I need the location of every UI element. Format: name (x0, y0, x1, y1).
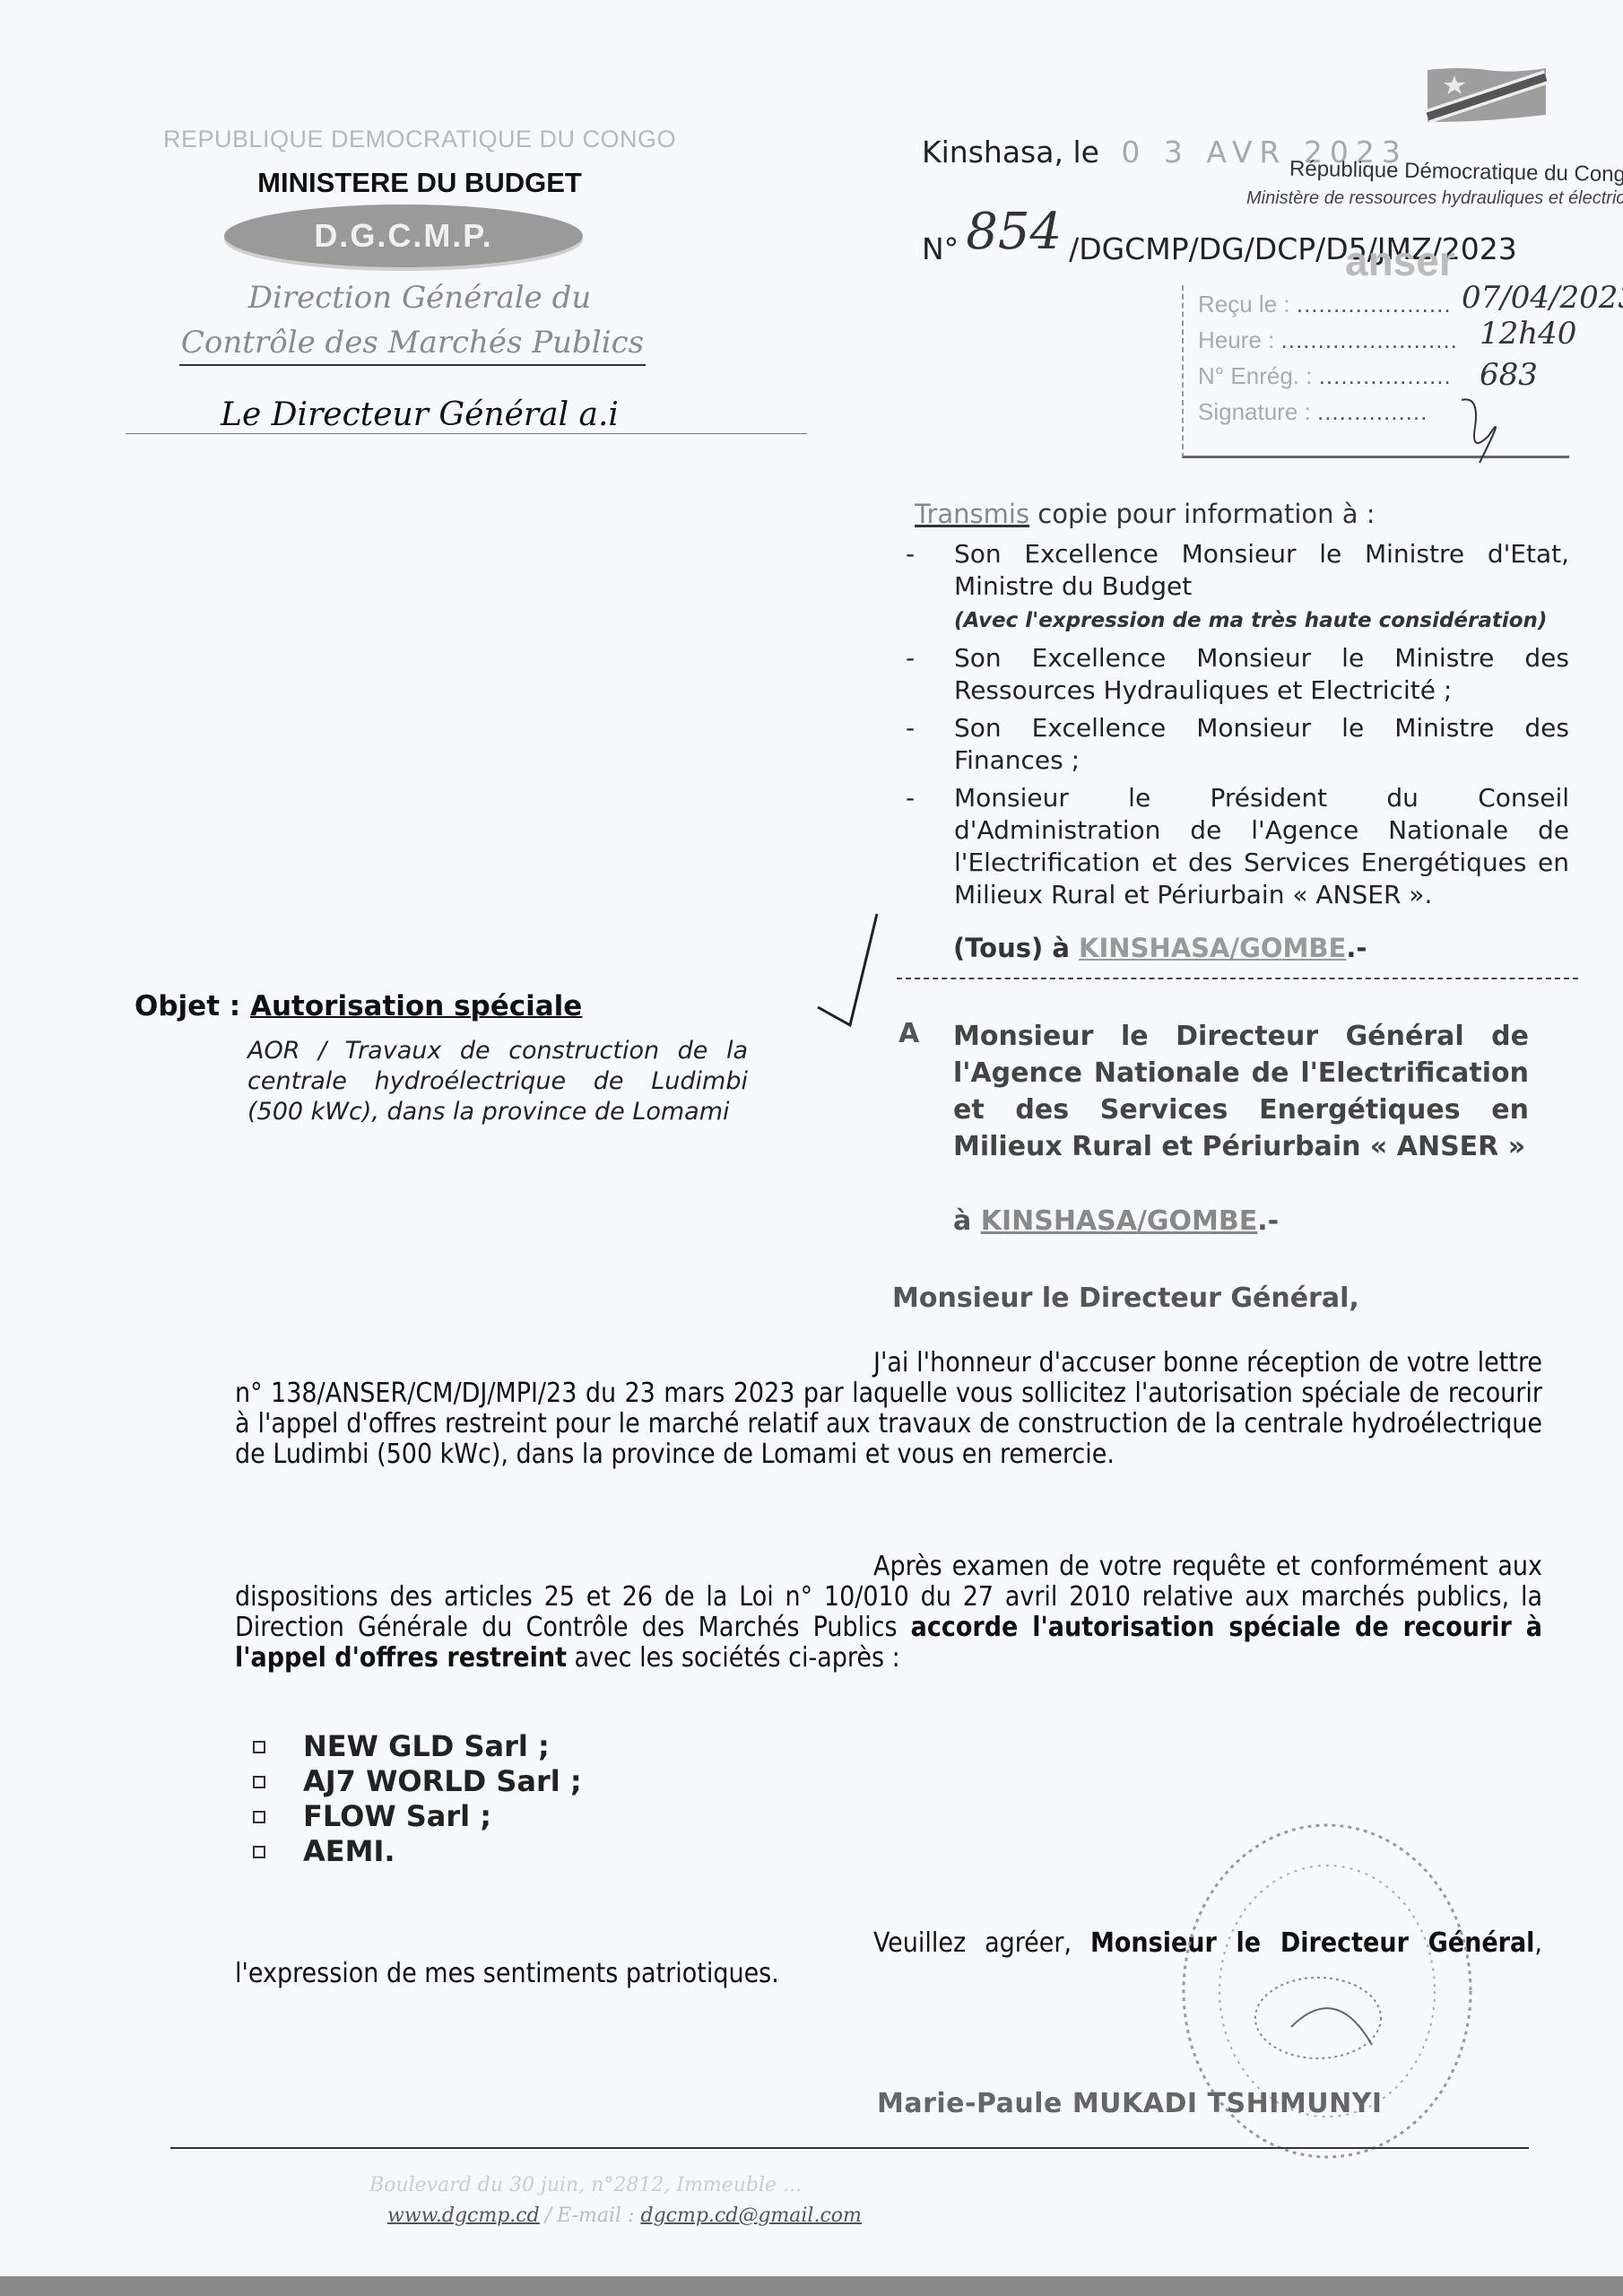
ref-number-handwritten: 854 (966, 203, 1062, 261)
copy-destination-city: KINSHASA/GOMBE (1079, 933, 1346, 963)
ref-prefix: N° (922, 231, 959, 266)
company-item: AJ7 WORLD Sarl ; (253, 1764, 582, 1799)
signatory-title: Le Directeur Général a.i (160, 396, 680, 433)
initials-signature-icon (1444, 391, 1515, 472)
body-paragraph-2: Après examen de votre requête et conform… (235, 1552, 1542, 1674)
directorate-line-1: Direction Générale du (160, 280, 680, 316)
paragraph-text: avec les sociétés ci-après : (567, 1642, 900, 1674)
stamp-signature-row: Signature : ............... (1198, 398, 1428, 426)
closing-text: Veuillez agréer, (873, 1927, 1090, 1959)
reception-stamp: Reçu le : ..................... Heure : … (1182, 285, 1569, 458)
website-link[interactable]: www.dgcmp.cd (387, 2205, 540, 2227)
copy-recipients-list: - Son Excellence Monsieur le Ministre d'… (906, 538, 1569, 917)
subject-description: AOR / Travaux de construction de la cent… (247, 1036, 748, 1127)
addressee-city-suffix: .- (1257, 1205, 1279, 1237)
footer-address: Boulevard du 30 juin, n°2812, Immeuble .… (369, 2174, 802, 2196)
companies-list: NEW GLD Sarl ; AJ7 WORLD Sarl ; FLOW Sar… (253, 1729, 582, 1869)
stamp-received-value: 07/04/2023 (1462, 280, 1623, 316)
email-link[interactable]: dgcmp.cd@gmail.com (641, 2205, 862, 2227)
copy-recipient-text: Son Excellence Monsieur le Ministre d'Et… (954, 539, 1569, 601)
company-name: AJ7 WORLD Sarl ; (303, 1764, 582, 1799)
stamp-label: N° Enrég. : (1198, 362, 1312, 389)
ministry-heading: MINISTERE DU BUDGET (160, 167, 680, 199)
copy-recipient-text: Son Excellence Monsieur le Ministre des … (954, 642, 1569, 707)
stamp-label: Heure : (1198, 326, 1274, 353)
addressee-prefix: A (898, 1018, 919, 1049)
subject-title: Autorisation spéciale (250, 990, 582, 1022)
copy-intro: Transmis copie pour information à : (915, 499, 1376, 529)
paragraph-text: J'ai l'honneur d'accuser bonne réception… (235, 1347, 1542, 1470)
stamp-country: République Démocratique du Congo (1289, 157, 1623, 188)
addressee-city-prefix: à (953, 1205, 981, 1237)
subject-label: Objet : (135, 990, 250, 1022)
signatory-name: Marie-Paule MUKADI TSHIMUNYI (877, 2088, 1383, 2119)
header-divider (126, 433, 807, 434)
company-item: AEMI. (253, 1834, 582, 1869)
stamp-label: Signature : (1198, 398, 1311, 425)
addressee-city-line: à KINSHASA/GOMBE.- (953, 1205, 1279, 1237)
directorate-line-2: Contrôle des Marchés Publics (179, 325, 646, 366)
stamp-hour-row: Heure : ........................ (1198, 326, 1458, 354)
place-label: Kinshasa, le (922, 135, 1099, 170)
dgcmp-acronym: D.G.C.M.P. (314, 217, 492, 255)
copy-recipient: - Son Excellence Monsieur le Ministre de… (906, 712, 1569, 777)
copy-destination-prefix: (Tous) à (953, 933, 1079, 963)
copy-recipient: - Son Excellence Monsieur le Ministre de… (906, 642, 1569, 707)
copy-intro-underlined: Transmis (915, 499, 1029, 529)
copy-recipient-text: Monsieur le Président du Conseil d'Admin… (954, 782, 1569, 911)
copy-destination: (Tous) à KINSHASA/GOMBE.- (953, 933, 1367, 963)
dashed-divider (897, 978, 1578, 979)
anser-logo: anser (1345, 237, 1455, 285)
square-bullet-icon (253, 1776, 265, 1788)
handwritten-checkmark-icon (816, 910, 879, 1031)
addressee: Monsieur le Directeur Général de l'Agenc… (953, 1018, 1529, 1165)
copy-recipient: - Son Excellence Monsieur le Ministre d'… (906, 538, 1569, 637)
company-item: FLOW Sarl ; (253, 1799, 582, 1834)
copy-recipient-text: Son Excellence Monsieur le Ministre des … (954, 712, 1569, 777)
company-name: FLOW Sarl ; (303, 1799, 491, 1834)
square-bullet-icon (253, 1741, 265, 1753)
company-name: NEW GLD Sarl ; (303, 1729, 550, 1764)
body-paragraph-1: J'ai l'honneur d'accuser bonne réception… (235, 1348, 1542, 1470)
subject-line: Objet : Autorisation spéciale (135, 990, 582, 1022)
stamp-ministry: Ministère de ressources hydrauliques et … (1246, 188, 1623, 209)
stamp-received-row: Reçu le : ..................... (1198, 291, 1452, 318)
drc-flag-icon (1424, 65, 1549, 126)
square-bullet-icon (253, 1811, 265, 1823)
country-heading: REPUBLIQUE DEMOCRATIQUE DU CONGO (160, 126, 680, 153)
scan-edge (0, 2276, 1623, 2296)
stamp-reg-value: 683 (1480, 357, 1538, 393)
salutation: Monsieur le Directeur Général, (892, 1283, 1359, 1314)
copy-recipient-note: (Avec l'expression de ma très haute cons… (954, 604, 1569, 637)
stamp-hour-value: 12h40 (1480, 316, 1576, 352)
copy-intro-rest: copie pour information à : (1029, 499, 1375, 529)
email-label: E-mail : (557, 2205, 634, 2227)
footer-divider (170, 2147, 1529, 2149)
stamp-label: Reçu le : (1198, 291, 1290, 317)
company-item: NEW GLD Sarl ; (253, 1729, 582, 1764)
footer-contact: www.dgcmp.cd/E-mail : dgcmp.cd@gmail.com (387, 2205, 862, 2227)
square-bullet-icon (253, 1846, 265, 1858)
copy-recipient: - Monsieur le Président du Conseil d'Adm… (906, 782, 1569, 911)
stamp-reg-row: N° Enrég. : .................. (1198, 362, 1452, 390)
company-name: AEMI. (303, 1834, 395, 1869)
copy-destination-suffix: .- (1346, 933, 1367, 963)
addressee-city: KINSHASA/GOMBE (981, 1205, 1258, 1237)
dgcmp-logo: D.G.C.M.P. (224, 204, 583, 267)
